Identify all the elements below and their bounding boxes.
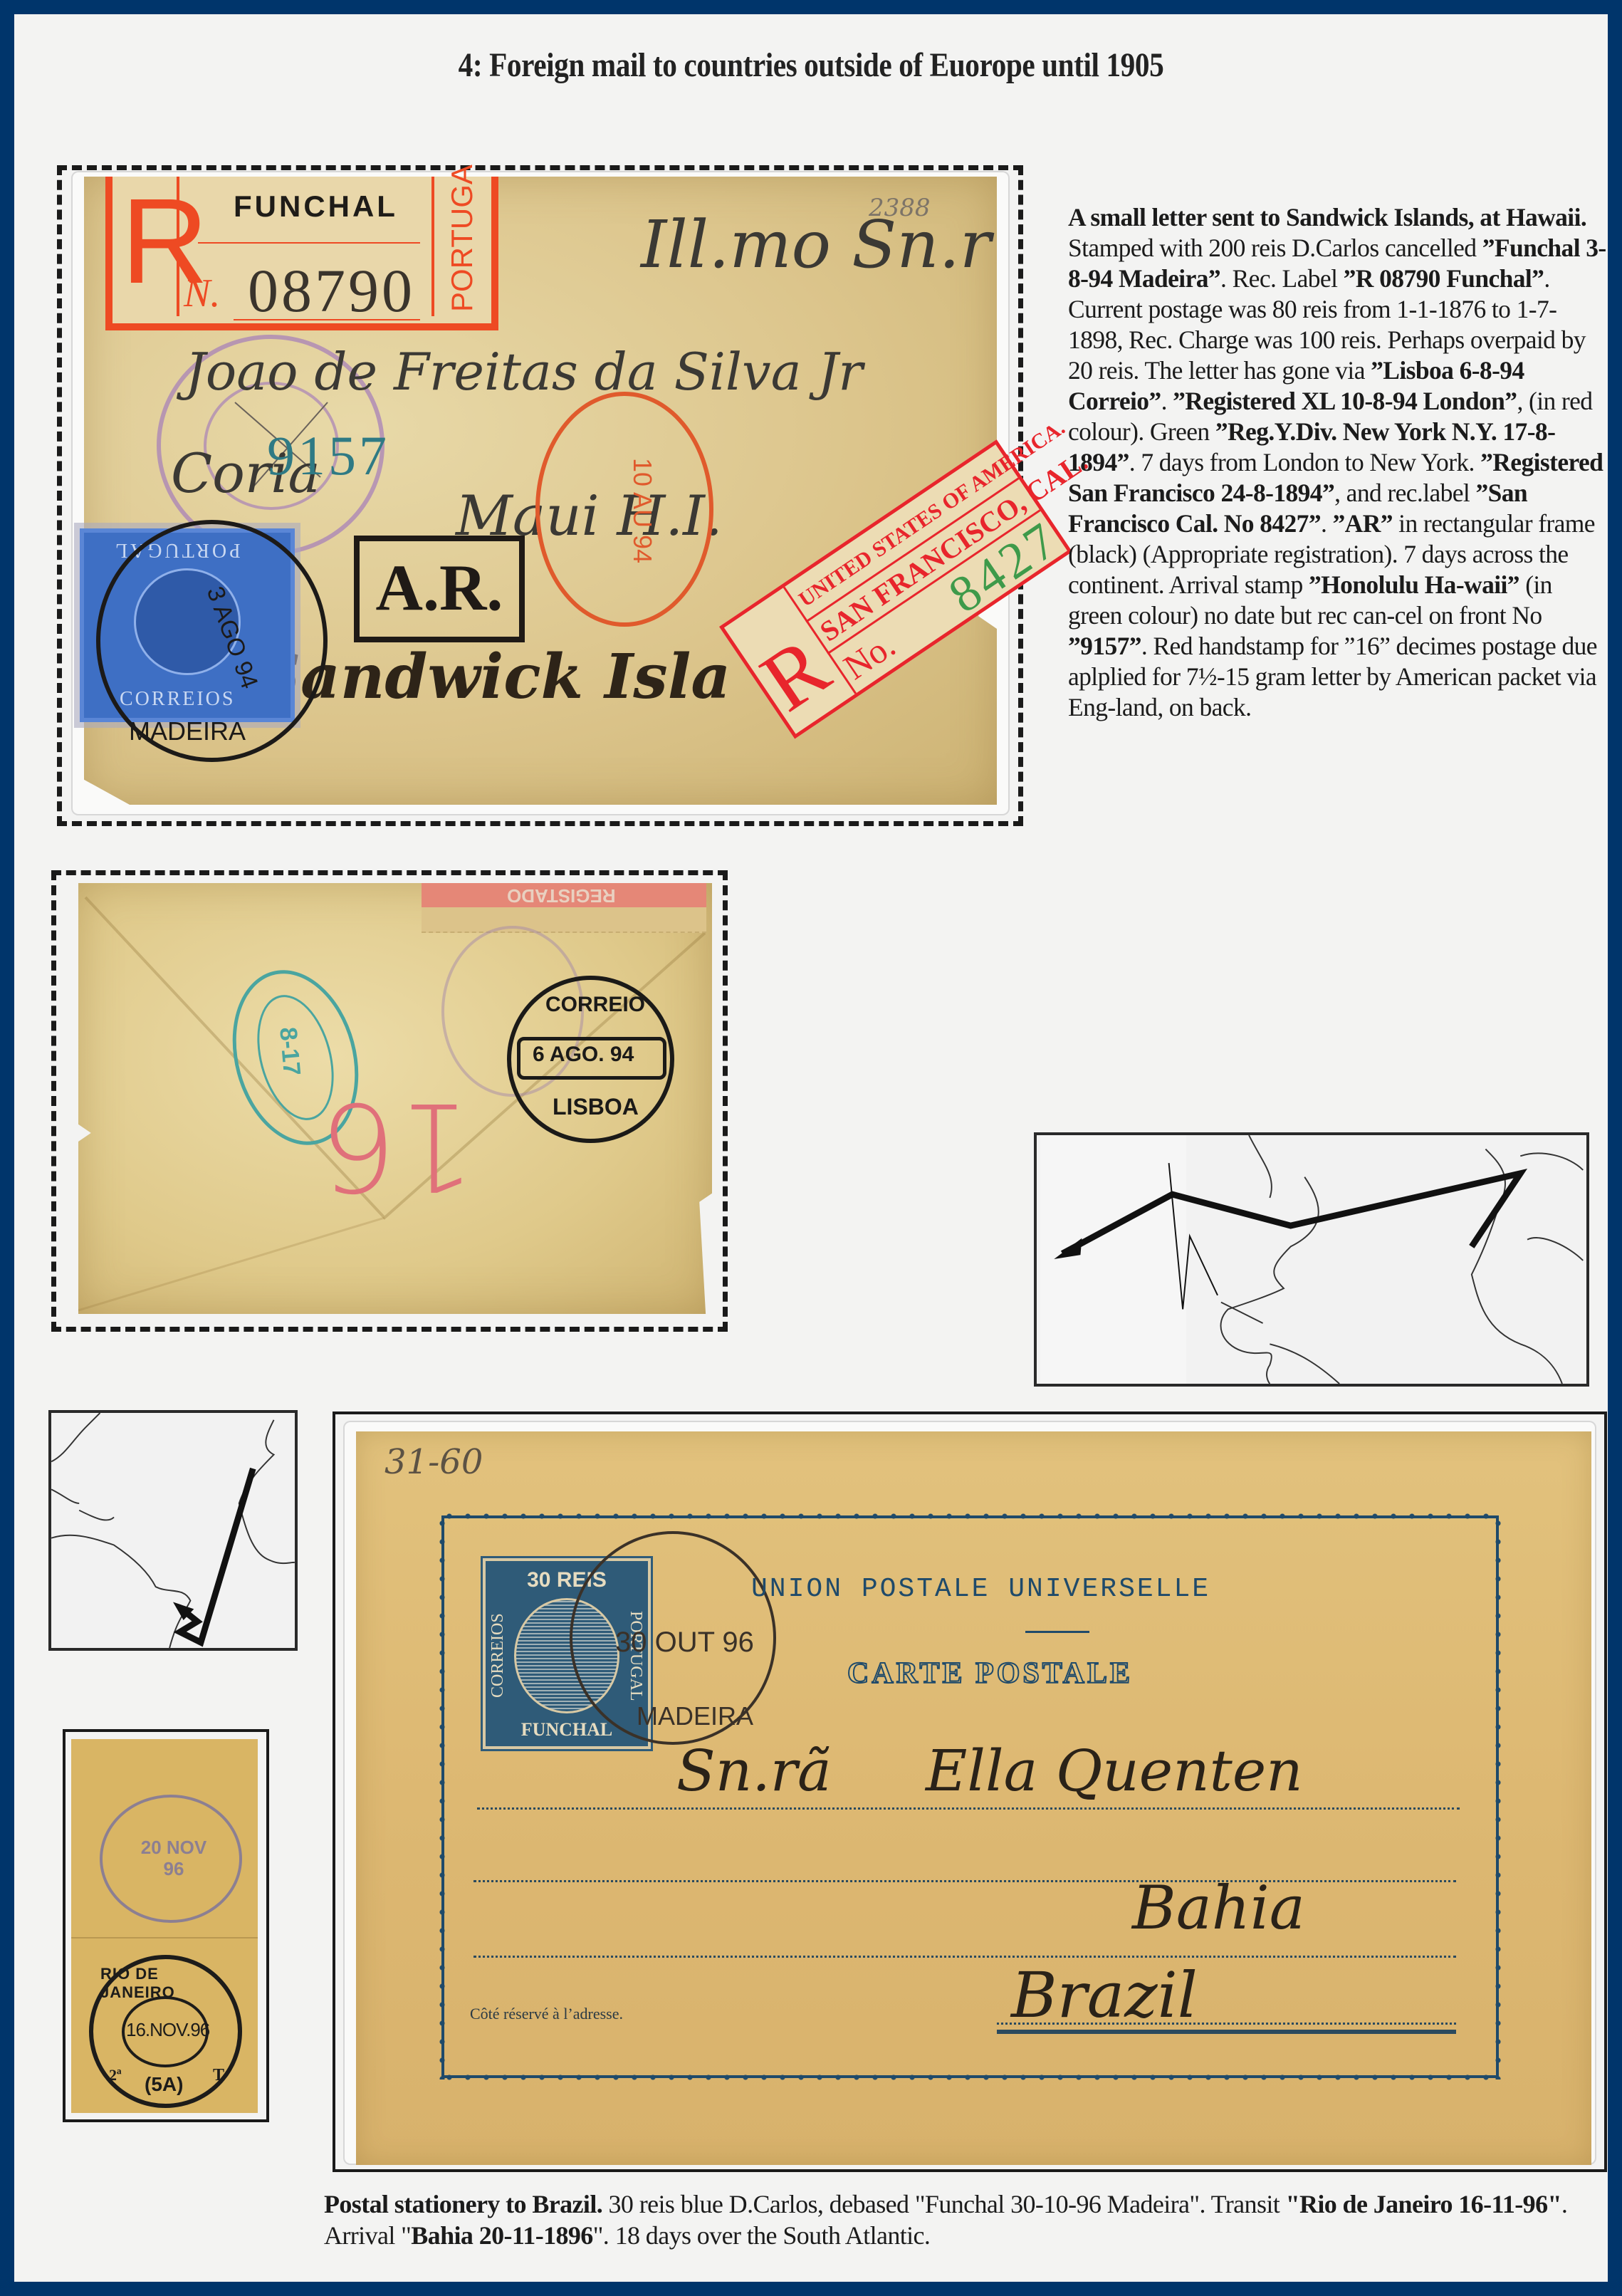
postcard-caption: Postal stationery to Brazil. 30 reis blu… (324, 2188, 1577, 2251)
rio-right: T (213, 2066, 224, 2085)
address-line-dotted-1 (477, 1807, 1460, 1810)
description-segment: ”Registered XL 10-8-94 London” (1173, 387, 1517, 415)
address-line-1: Ill.mo Sn.r (641, 207, 991, 283)
caption-segment: "Rio de Janeiro 16-11-96" (1286, 2190, 1561, 2218)
description-segment: , and rec.label (1334, 479, 1475, 507)
ornament-right (1493, 1514, 1503, 2080)
label-divider (177, 177, 179, 316)
ornament-top (440, 1511, 1500, 1521)
postcard-address-line-3: Bahia (1132, 1873, 1305, 1943)
funchal-bottom: MADEIRA (129, 716, 246, 746)
lisboa-date: 6 AGO. 94 (533, 1043, 634, 1067)
rio-date: 16.NOV.96 (126, 2019, 209, 2041)
postcard-address-line-4: Brazil (1011, 1958, 1198, 2032)
stamp-left-text: CORREIOS (488, 1598, 508, 1713)
caption-segment: Postal stationery to Brazil. (324, 2190, 602, 2218)
address-line-5: Sandwick Isla (256, 641, 731, 713)
lisboa-top: CORREIO (545, 993, 645, 1017)
postcard-address-note: Côté réservé à l’adresse. (470, 2005, 623, 2023)
route-map-south-atlantic (48, 1410, 298, 1651)
address-line-dotted-2 (473, 1880, 1456, 1882)
postage-due-16: 16 (320, 1075, 474, 1216)
ny-date: 8-17 (273, 1026, 305, 1077)
postcard-address-line-1: Sn.rã (676, 1738, 832, 1804)
london-date: 10 AU 94 (627, 458, 657, 563)
description-segment: . Red handstamp for ”16” decimes postage… (1068, 632, 1597, 721)
postmark-london-registered: 10 AU 94 (535, 392, 713, 627)
ar-handstamp: A.R. (354, 536, 525, 642)
description-segment: . Rec. Label (1220, 264, 1344, 293)
address-line-2: Joao de Freitas da Silva Jr (185, 342, 863, 402)
address-line-dotted-3 (473, 1956, 1456, 1958)
description-body: Stamped with 200 reis D.Carlos cancelled… (1068, 234, 1606, 721)
registado-label: REGISTADO (422, 883, 706, 933)
postcard-title: CARTE POSTALE (847, 1656, 1133, 1691)
description-lead: A small letter sent to Sandwick Islands,… (1068, 203, 1586, 231)
south-atlantic-map-svg (51, 1413, 295, 1648)
description-segment: ”9157” (1068, 632, 1141, 660)
postmark-rio-de-janeiro: 16.NOV.96 RIO DE JANEIRO (5A) 2ª T (89, 1955, 242, 2108)
registado-text: REGISTADO (507, 885, 616, 907)
postmark-bahia-arrival: 20 NOV 96 (100, 1795, 242, 1923)
north-atlantic-map-svg (1037, 1135, 1586, 1384)
registration-label-funchal: R FUNCHAL N. 08790 PORTUGA (105, 177, 498, 330)
lisboa-bottom: LISBOA (553, 1094, 639, 1120)
caption-segment: ". 18 days over the South Atlantic. (593, 2221, 931, 2250)
rio-left: 2ª (109, 2066, 122, 2084)
ornament-bottom (440, 2072, 1500, 2082)
postmark-funchal-card: 30 OUT 96 MADEIRA (570, 1531, 776, 1745)
postmark-lisboa: CORREIO 6 AGO. 94 LISBOA (507, 976, 674, 1143)
registration-office: FUNCHAL (234, 189, 398, 224)
postmark-funchal: 3 AGO 94 MADEIRA (96, 520, 328, 762)
description-segment: . (1161, 387, 1173, 415)
label-rule (198, 242, 420, 244)
rio-bottom: (5A) (145, 2073, 183, 2096)
description-segment: ”R 08790 Funchal” (1344, 264, 1544, 293)
registration-number: 08790 (248, 255, 415, 326)
description-segment: Stamped with 200 reis D.Carlos cancelled (1068, 234, 1482, 262)
caption-body: Postal stationery to Brazil. 30 reis blu… (324, 2190, 1567, 2250)
fragment-join-line (71, 1937, 258, 1938)
postcard-header-upu: UNION POSTALE UNIVERSELLE (751, 1574, 1210, 1604)
caption-segment: 30 reis blue D.Carlos, debased "Funchal … (602, 2190, 1285, 2218)
ornament-left (437, 1514, 447, 2080)
page-title: 4: Foreign mail to countries outside of … (126, 46, 1497, 85)
description-segment: ”AR” (1333, 509, 1393, 538)
rio-town: RIO DE JANEIRO (100, 1965, 238, 2002)
bahia-date: 20 NOV 96 (131, 1837, 216, 1879)
card-postmark-bottom: MADEIRA (637, 1701, 753, 1731)
registry-number-9157: 9157 (267, 424, 389, 488)
registration-country: PORTUGA (437, 184, 487, 312)
description-segment: . (1321, 509, 1333, 538)
cover-description: A small letter sent to Sandwick Islands,… (1068, 202, 1609, 723)
description-segment: . 7 days from London to New York. (1129, 448, 1480, 476)
description-segment: ”Honolulu Ha-waii” (1309, 570, 1519, 599)
postcard-header-rule (1025, 1631, 1089, 1633)
route-map-north-atlantic (1034, 1132, 1589, 1387)
caption-segment: Bahia 20-11-1896 (411, 2221, 592, 2250)
postcard-address-line-2: Ella Quenten (926, 1738, 1303, 1804)
funchal-date: 3 AGO 94 (201, 583, 263, 693)
postcard-pencil-note: 31-60 (384, 1442, 483, 1482)
registration-prefix: N. (184, 271, 220, 316)
label-divider (431, 177, 434, 316)
card-postmark-date: 30 OUT 96 (615, 1627, 754, 1659)
